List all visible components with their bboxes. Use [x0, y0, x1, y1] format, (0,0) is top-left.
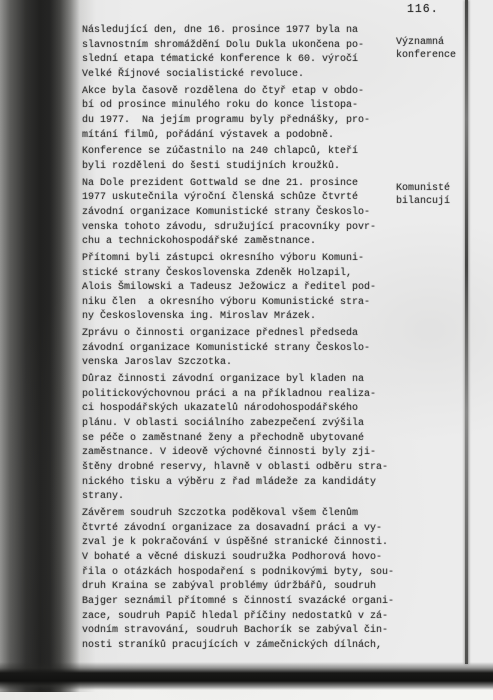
text-line: Bajger seznámil přítomné s činností svaz…	[82, 595, 404, 610]
text-line: štěny drobné reservy, hlavně v oblasti o…	[82, 461, 404, 476]
text-line: čtvrté závodní organizace za dosavadní p…	[82, 522, 404, 537]
text-line: Závěrem soudruh Szczotka poděkoval všem …	[82, 507, 404, 522]
text-line: stické strany Československa Zdeněk Holz…	[82, 267, 404, 282]
paragraph-annual-meeting: Na Dole prezident Gottwald se dne 21. pr…	[82, 177, 404, 250]
page-bottom-edge	[0, 662, 493, 690]
paragraph-activity-report: Zprávu o činnosti organizace přednesl př…	[82, 327, 404, 371]
text-line: druh Kraina se zabýval problémy údržbářů…	[82, 580, 404, 595]
text-line: bí od prosince minulého roku do konce li…	[82, 99, 404, 114]
text-line: Přítomni byli zástupci okresního výboru …	[82, 252, 404, 267]
text-line: zaměstnance. V ideově výchovné činnosti …	[82, 446, 404, 461]
margin-note-significant-conference: Významná konference	[396, 37, 456, 62]
text-line: závodní organizace Komunistické strany Č…	[82, 342, 404, 357]
paragraph-closing-discussion: Závěrem soudruh Szczotka poděkoval všem …	[82, 507, 404, 654]
text-line: V bohaté a věcné diskuzi soudružka Podho…	[82, 551, 404, 566]
text-line: du 1977. Na jejím programu byly přednášk…	[82, 114, 404, 129]
text-line: ny Československa ing. Miroslav Mrázek.	[82, 310, 404, 325]
text-line: Zprávu o činnosti organizace přednesl př…	[82, 327, 404, 342]
text-line: Na Dole prezident Gottwald se dne 21. pr…	[82, 177, 404, 192]
text-line: venska Jaroslav Szczotka.	[82, 356, 404, 371]
text-line: Následující den, dne 16. prosince 1977 b…	[82, 24, 404, 39]
text-line: 1977 uskutečnila výroční členská schůze …	[82, 191, 404, 206]
page-right-edge	[465, 0, 468, 664]
scanned-page: 116. Významná konference Komunisté bilan…	[0, 0, 493, 700]
paragraph-event-stages: Akce byla časově rozdělena do čtyř etap …	[82, 85, 404, 144]
typewritten-text-column: Následující den, dne 16. prosince 1977 b…	[82, 24, 404, 656]
text-line: mítání filmů, pořádání výstavek a podobn…	[82, 129, 404, 144]
text-line: Alois Šmilowski a Tadeusz Ježowicz a řed…	[82, 281, 404, 296]
text-line: zval je k pokračování v úspěšné stranick…	[82, 536, 404, 551]
text-line: Akce byla časově rozdělena do čtyř etap …	[82, 85, 404, 100]
text-line: se péče o zaměstnané ženy a přechodně ub…	[82, 432, 404, 447]
text-line: vodním stravování, soudruh Bachorík se z…	[82, 624, 404, 639]
text-line: politickovýchovnou práci a na příkladnou…	[82, 388, 404, 403]
text-line: slavnostním shromáždění Dolu Dukla ukonč…	[82, 39, 404, 54]
text-line: řila o otázkách hospodaření s podnikovým…	[82, 566, 404, 581]
page-number: 116.	[407, 3, 439, 16]
text-line: Konference se zúčastnilo na 240 chlapců,…	[82, 145, 404, 160]
text-line: Důraz činnosti závodní organizace byl kl…	[82, 373, 404, 388]
text-line: Velké Říjnové socialistické revoluce.	[82, 68, 404, 83]
text-line: niku člen a okresního výboru Komunistick…	[82, 296, 404, 311]
text-line: nického tisku a výběru z řad mládeže za …	[82, 476, 404, 491]
text-line: zace, soudruh Papič hledal příčiny nedos…	[82, 610, 404, 625]
text-line: venska tohoto závodu, sdružující pracovn…	[82, 221, 404, 236]
paragraph-activity-focus: Důraz činnosti závodní organizace byl kl…	[82, 373, 404, 505]
text-line: byli rozděleni do šesti studijních krouž…	[82, 160, 404, 175]
text-line: chu a technickohospodářské zaměstnance.	[82, 235, 404, 250]
text-line: plánu. V oblasti sociálního zabezpečení …	[82, 417, 404, 432]
text-line: strany.	[82, 490, 404, 505]
text-line: ci hospodářských ukazatelů národohospodá…	[82, 402, 404, 417]
paragraph-participants: Konference se zúčastnilo na 240 chlapců,…	[82, 145, 404, 174]
paragraph-conference-closing: Následující den, dne 16. prosince 1977 b…	[82, 24, 404, 83]
text-line: slední etapa tématické konference k 60. …	[82, 53, 404, 68]
margin-note-communists-review: Komunisté bilancují	[396, 183, 450, 208]
paragraph-attendees: Přítomni byli zástupci okresního výboru …	[82, 252, 404, 325]
text-line: závodní organizace Komunistické strany Č…	[82, 206, 404, 221]
text-line: nosti straníků pracujících v zámečnickýc…	[82, 639, 404, 654]
